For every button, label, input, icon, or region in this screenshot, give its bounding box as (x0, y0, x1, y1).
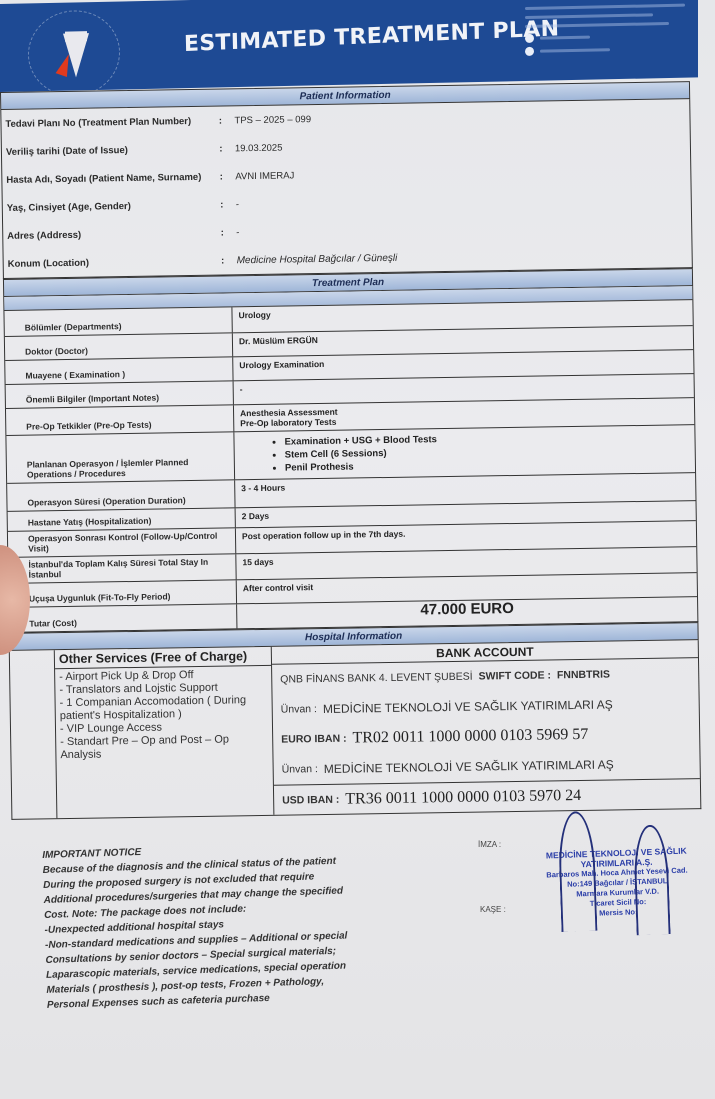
field-value: - (236, 192, 691, 210)
field-label: Yaş, Cinsiyet (Age, Gender) (3, 199, 208, 213)
stamp-label: KAŞE : (480, 905, 506, 914)
account-holder: MEDİCİNE TEKNOLOJİ VE SAĞLIK YATIRIMLARI… (323, 697, 613, 716)
account-holder: MEDİCİNE TEKNOLOJİ VE SAĞLIK YATIRIMLARI… (324, 757, 614, 776)
field-label: Hastane Yatış (Hospitalization) (8, 508, 236, 531)
procedure-list: Examination + USG + Blood TestsStem Cell… (240, 429, 689, 475)
service-item: - Standart Pre – Op and Post – Op Analys… (60, 733, 268, 762)
swift-label: SWIFT CODE : (479, 669, 552, 682)
signature-stroke (633, 824, 671, 935)
field-label: Uçuşa Uygunluk (Fit-To-Fly Period) (9, 580, 237, 607)
value-line: Urology (238, 303, 686, 320)
field-label: Konum (Location) (4, 255, 209, 269)
title-label: Ünvan : (282, 763, 318, 776)
notice-body: Because of the diagnosis and the clinica… (42, 853, 357, 1013)
value-line: After control visit (243, 576, 691, 593)
field-label: Bölümler (Departments) (4, 307, 232, 336)
other-services-list: - Airport Pick Up & Drop Off- Translator… (55, 666, 273, 767)
signature-label: İMZA : (478, 840, 501, 849)
field-label: Önemli Bilgiler (Important Notes) (6, 381, 234, 408)
other-services-panel: Other Services (Free of Charge) - Airpor… (54, 647, 275, 818)
separator: : (206, 115, 234, 126)
contact-block (525, 0, 685, 63)
usd-iban-label: USD IBAN : (282, 793, 339, 806)
field-value: Examination + USG + Blood TestsStem Cell… (234, 425, 695, 479)
company-stamp: MEDİCİNE TEKNOLOJİ VE SAĞLIKYATIRIMLARI … (524, 845, 712, 931)
swift-code: FNNBTRIS (557, 668, 610, 681)
field-value: AVNI IMERAJ (235, 164, 690, 182)
signature-stroke (557, 811, 597, 932)
value-line: Dr. Müslüm ERGÜN (239, 329, 687, 346)
value-line: Post operation follow up in the 7th days… (242, 524, 690, 541)
usd-iban-row: USD IBAN : TR36 0011 1000 0000 0103 5970… (274, 778, 700, 815)
value-line: - (240, 377, 688, 394)
separator: : (207, 143, 235, 154)
header-banner: ESTIMATED TREATMENT PLAN (0, 0, 698, 92)
euro-iban-label: EURO IBAN : (281, 733, 347, 746)
treatment-plan-table: Bölümler (Departments)UrologyDoktor (Doc… (3, 286, 698, 633)
field-label: Tutar (Cost) (9, 604, 237, 632)
bank-account-panel: BANK ACCOUNT QNB FİNANS BANK 4. LEVENT Ş… (272, 640, 701, 815)
value-line: 15 days (242, 550, 690, 567)
document-title: ESTIMATED TREATMENT PLAN (184, 16, 560, 57)
euro-iban: TR02 0011 1000 0000 0103 5969 57 (352, 726, 588, 748)
field-label: Operasyon Süresi (Operation Duration) (7, 480, 235, 511)
service-item: - 1 Companian Accomodation ( During pati… (60, 694, 268, 723)
field-label: Doktor (Doctor) (5, 333, 233, 360)
important-notice: IMPORTANT NOTICE Because of the diagnosi… (42, 838, 357, 1013)
bank-name: QNB FİNANS BANK 4. LEVENT ŞUBESİ (280, 671, 473, 686)
field-label: Hasta Adı, Soyadı (Patient Name, Surname… (2, 171, 207, 185)
value-line: Urology Examination (239, 353, 687, 370)
field-label: Muayene ( Examination ) (5, 357, 233, 384)
usd-iban: TR36 0011 1000 0000 0103 5970 24 (345, 786, 581, 808)
form-sheet: Patient Information Tedavi Planı No (Tre… (0, 81, 715, 820)
field-value: - (236, 220, 691, 238)
hospital-information-table: Other Services (Free of Charge) - Airpor… (9, 640, 702, 820)
separator: : (207, 171, 235, 182)
field-label: Adres (Address) (3, 227, 208, 241)
field-label: Pre-Op Tetkikler (Pre-Op Tests) (6, 405, 234, 435)
value-line: 2 Days (242, 504, 690, 521)
field-label: İstanbul'da Toplam Kalış Süresi Total St… (8, 554, 236, 583)
patient-information-table: Tedavi Planı No (Treatment Plan Number):… (0, 99, 693, 279)
field-value: Medicine Hospital Bağcılar / Güneşli (237, 248, 692, 266)
field-label: Tedavi Planı No (Treatment Plan Number) (1, 115, 206, 129)
field-label: Veriliş tarihi (Date of Issue) (2, 143, 207, 157)
separator: : (209, 255, 237, 266)
phone-icon (525, 47, 534, 56)
whatsapp-icon (525, 34, 534, 43)
field-value: TPS – 2025 – 099 (234, 108, 689, 126)
separator: : (208, 199, 236, 210)
title-label: Ünvan : (281, 703, 317, 716)
document-page: ESTIMATED TREATMENT PLAN Patient Informa… (0, 0, 715, 1099)
gem-compass-logo-icon (28, 9, 120, 97)
field-label: Operasyon Sonrası Kontrol (Follow-Up/Con… (8, 528, 236, 557)
field-value: 19.03.2025 (235, 136, 690, 154)
separator: : (208, 227, 236, 238)
value-line: 3 - 4 Hours (241, 476, 689, 493)
field-label: Planlanan Operasyon / İşlemler Planned O… (6, 432, 235, 483)
